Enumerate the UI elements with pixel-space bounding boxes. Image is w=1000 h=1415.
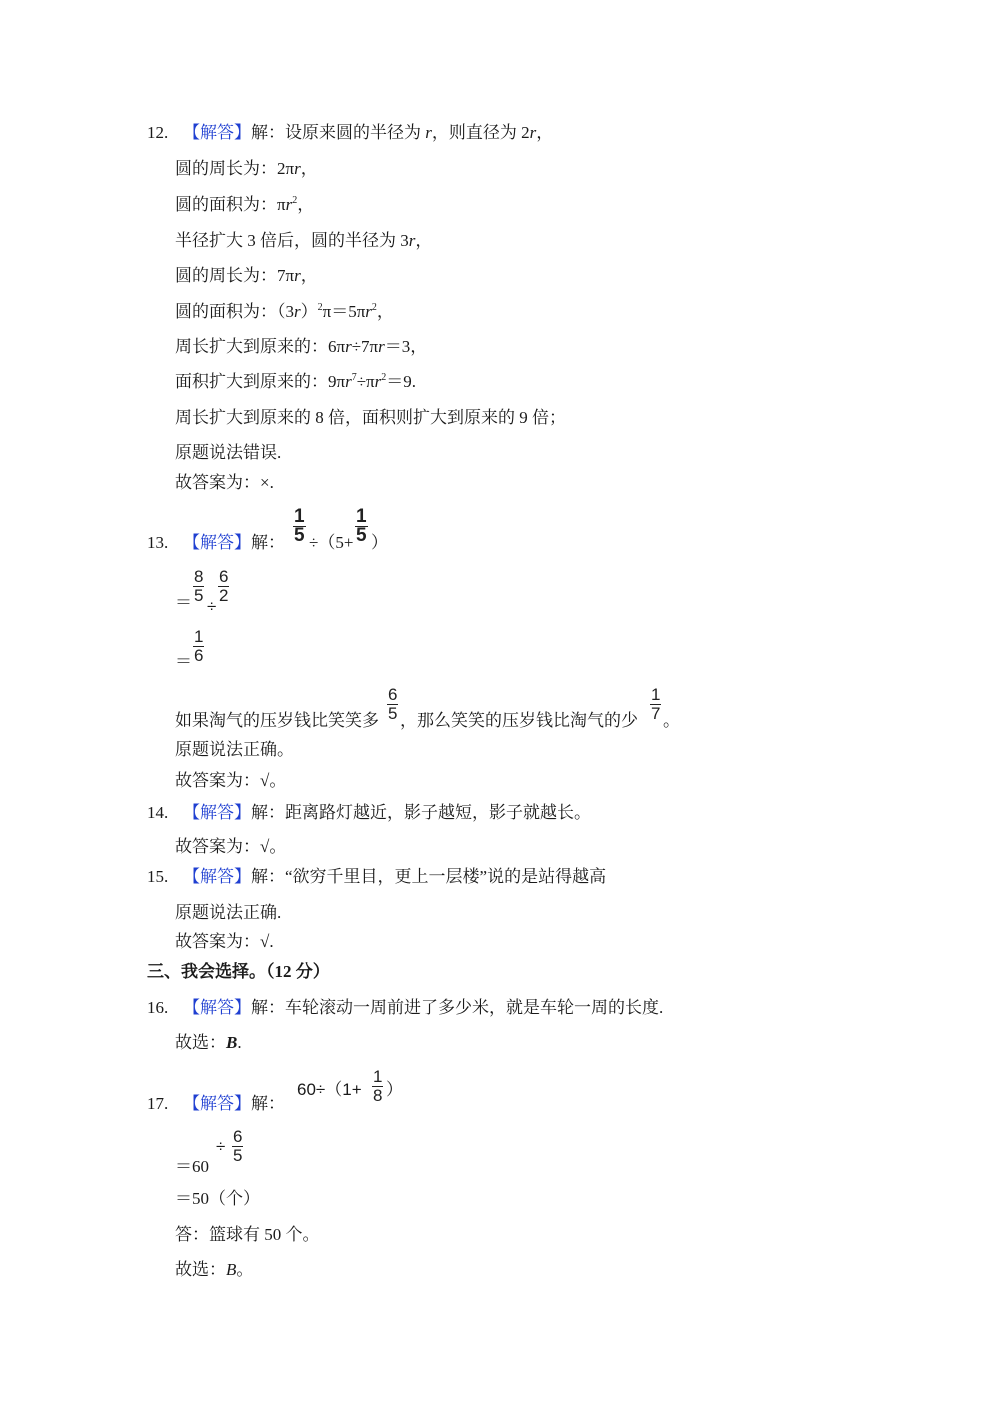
q12-line-5: 圆的面积为：（3r）2π＝5πr2， [175,302,394,322]
q16-answer: 故选：B. [175,1033,242,1053]
q12-heading: 12.【解答】解：设原来圆的半径为 r，则直径为 2r， [147,123,553,143]
answer-prefix: 故选： [175,1260,226,1279]
q13-step2-eq: ＝ [175,652,192,672]
q13-expr-close: ） [371,533,388,553]
q15-heading: 15.【解答】解：“欲穷千里目，更上一层楼”说的是站得越高 [147,867,606,887]
q12-line-2: 圆的面积为：πr2， [175,195,314,215]
q13-fraction-1: 15 [293,508,306,545]
q12-line-7: 面积扩大到原来的：9πr7÷πr2＝9. [175,372,416,392]
solve-prefix: 解： [251,123,285,142]
q13-step2-fraction: 16 [193,628,204,665]
q13-fraction-2: 15 [355,508,368,545]
q13-step1-fraction-b: 62 [218,568,229,605]
solve-prefix: 解： [251,803,285,822]
q17-step1-fraction: 65 [232,1128,243,1165]
q13-expr-div: ÷（5+ [309,533,353,553]
q12-line-6: 周长扩大到原来的：6πr÷7πr＝3， [175,337,427,357]
q12-line-9: 原题说法错误. [175,443,281,463]
answer-end: 。 [236,1260,253,1279]
solve-prefix: 解： [251,998,285,1017]
q17-answer-line: 答：篮球有 50 个。 [175,1225,320,1245]
answer-tag: 【解答】 [183,867,251,886]
question-number: 12. [147,123,183,143]
q17-expr-close: ） [386,1080,403,1100]
question-number: 14. [147,803,183,823]
q13-step1-div: ÷ [207,597,216,617]
q17-expr-fraction: 18 [372,1068,383,1105]
solve-prefix: 解： [251,867,285,886]
q13-conclusion-end: 。 [663,711,680,731]
q17-heading: 17.【解答】解： [147,1094,285,1114]
answer-prefix: 故选： [175,1033,226,1052]
question-number: 15. [147,867,183,887]
q15-line-1: 故答案为：√. [175,932,274,952]
answer-tag: 【解答】 [183,803,251,822]
q17-answer: 故选：B。 [175,1260,253,1280]
q13-step1-eq: ＝ [175,593,192,613]
q13-heading: 13.【解答】解： [147,533,285,553]
q17-step1-eq: ＝60 [175,1157,209,1177]
q12-line-1: 圆的周长为：2πr， [175,159,318,179]
q13-line-1: 故答案为：√。 [175,771,286,791]
q14-answer: 故答案为：√。 [175,837,286,857]
question-number: 17. [147,1094,183,1114]
q16-heading: 16.【解答】解：车轮滚动一周前进了多少米，就是车轮一周的长度. [147,998,663,1018]
q13-conclusion-text1: 如果淘气的压岁钱比笑笑多 [175,711,379,731]
solve-prefix: 解： [251,1094,285,1113]
q14-text: 距离路灯越近，影子越短，影子就越长。 [285,803,591,822]
solve-prefix: 解： [251,533,285,552]
q13-conclusion-fraction-1: 65 [387,686,398,723]
question-number: 13. [147,533,183,553]
answer-choice: B [226,1033,237,1052]
answer-tag: 【解答】 [183,533,251,552]
q13-conclusion-fraction-2: 17 [650,686,661,723]
q12-line-8: 周长扩大到原来的 8 倍，面积则扩大到原来的 9 倍； [175,408,566,428]
answer-choice: B [226,1260,236,1279]
answer-tag: 【解答】 [183,1094,251,1113]
q13-line-0: 原题说法正确。 [175,740,294,760]
answer-tag: 【解答】 [183,998,251,1017]
question-number: 16. [147,998,183,1018]
q15-line-0: 原题说法正确. [175,903,281,923]
q13-step1-fraction-a: 85 [193,568,204,605]
q15-text: “欲穷千里目，更上一层楼”说的是站得越高 [285,867,606,886]
q17-expr-pre: 60÷（1+ [297,1080,362,1100]
q12-line-0: 设原来圆的半径为 r，则直径为 2r， [285,123,553,142]
q12-line-3: 半径扩大 3 倍后，圆的半径为 3r， [175,231,432,251]
q13-conclusion-text2: ，那么笑笑的压岁钱比淘气的少 [400,711,638,731]
q14-heading: 14.【解答】解：距离路灯越近，影子越短，影子就越长。 [147,803,591,823]
q17-step1-div: ÷ [216,1137,225,1157]
answer-tag: 【解答】 [183,123,251,142]
answer-end: . [237,1033,241,1052]
q17-step2: ＝50（个） [175,1189,260,1209]
q16-text: 车轮滚动一周前进了多少米，就是车轮一周的长度. [285,998,663,1017]
q12-line-10: 故答案为：×. [175,473,274,493]
q12-line-4: 圆的周长为：7πr， [175,266,318,286]
section-3-heading: 三、我会选择。（12 分） [147,962,330,982]
